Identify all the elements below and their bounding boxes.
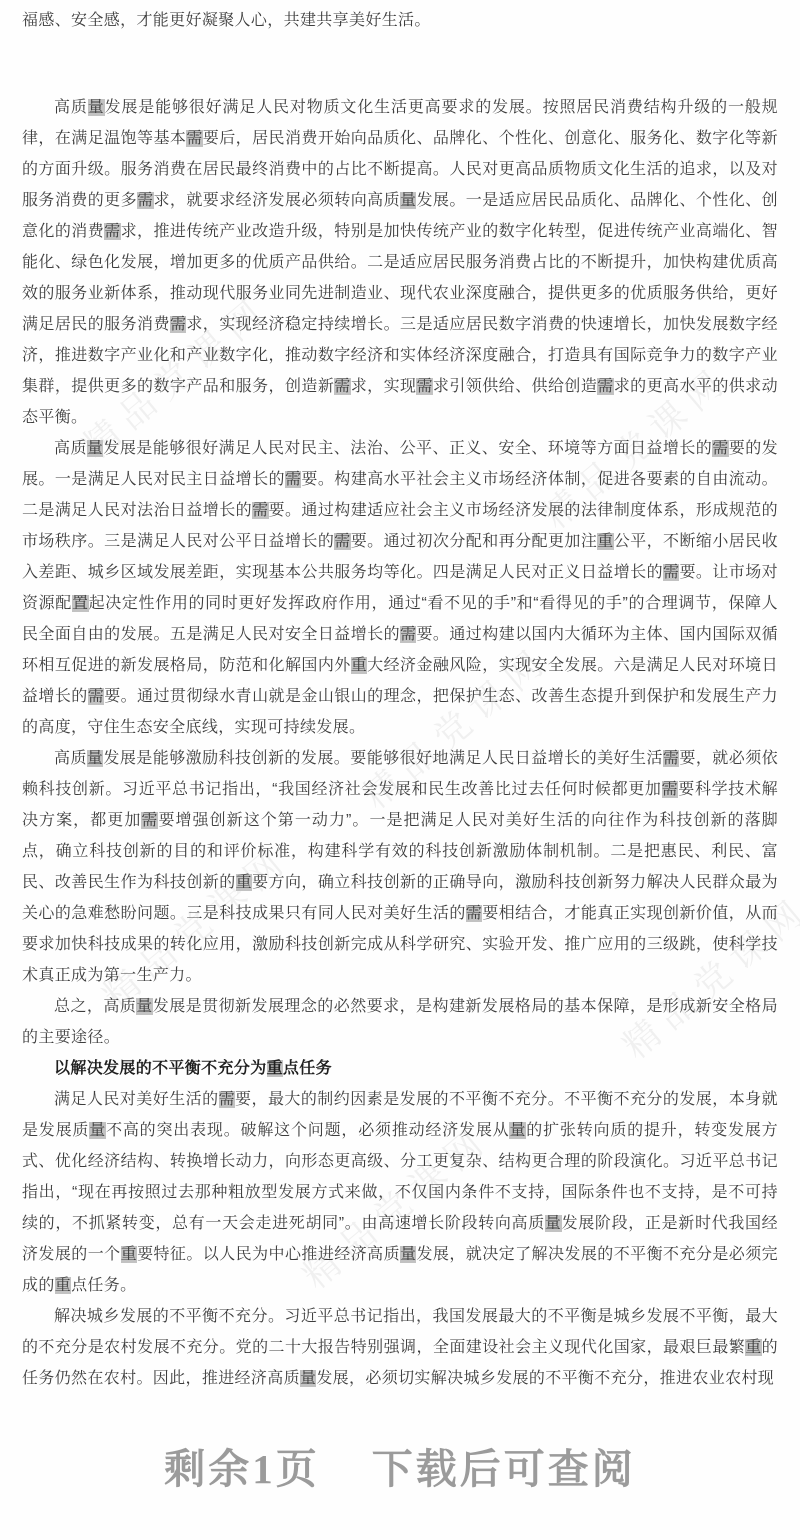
document-body: 福感、安全感，才能更好凝聚人心，共建共享美好生活。高质量发展是能够很好满足人民对… bbox=[0, 5, 800, 1394]
paragraph: 满足人民对美好生活的需要，最大的制约因素是发展的不平衡不充分。不平衡不充分的发展… bbox=[22, 1084, 778, 1301]
preview-footer-banner: 剩余1页下载后可查阅 bbox=[0, 1436, 800, 1495]
paragraph: 高质量发展是能够很好满足人民对物质文化生活更高要求的发展。按照居民消费结构升级的… bbox=[22, 92, 778, 433]
document-page: 精品党课网 精品党课网 精品党课网 精品党课网 精品党课网 精品党课网 福感、安… bbox=[0, 0, 800, 1540]
paragraph: 高质量发展是能够激励科技创新的发展。要能够很好地满足人民日益增长的美好生活需要，… bbox=[22, 743, 778, 991]
paragraph: 福感、安全感，才能更好凝聚人心，共建共享美好生活。 bbox=[22, 5, 778, 36]
section-heading: 以解决发展的不平衡不充分为重点任务 bbox=[22, 1053, 778, 1084]
pages-remaining-label: 剩余1页 bbox=[164, 1446, 320, 1492]
download-hint-label: 下载后可查阅 bbox=[372, 1446, 636, 1492]
paragraph: 解决城乡发展的不平衡不充分。习近平总书记指出，我国发展最大的不平衡是城乡发展不平… bbox=[22, 1301, 778, 1394]
paragraph: 总之，高质量发展是贯彻新发展理念的必然要求，是构建新发展格局的基本保障，是形成新… bbox=[22, 991, 778, 1053]
paragraph: 高质量发展是能够很好满足人民对民主、法治、公平、正义、安全、环境等方面日益增长的… bbox=[22, 433, 778, 743]
